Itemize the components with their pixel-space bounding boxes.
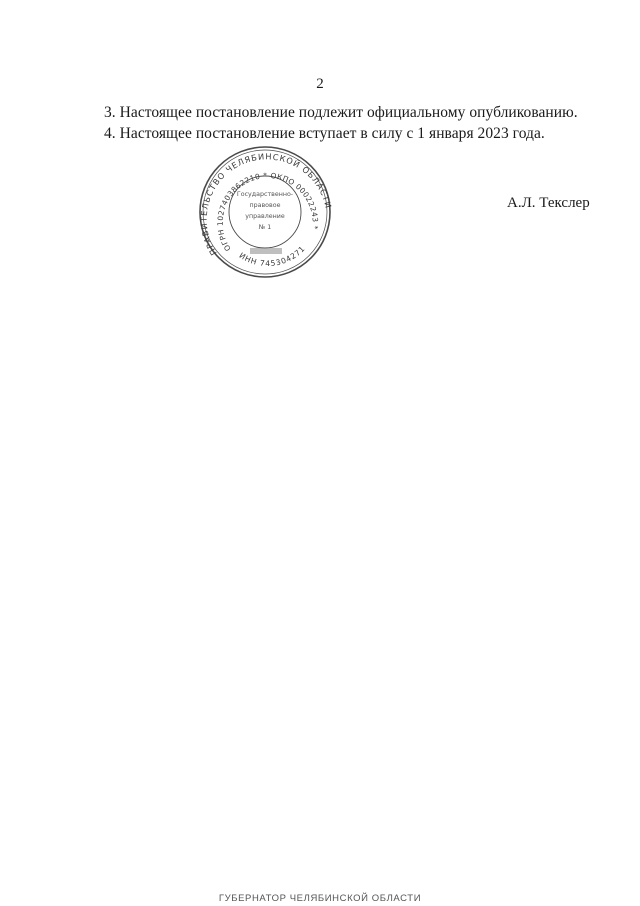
paragraph-effective-date: 4. Настоящее постановление вступает в си… (104, 125, 545, 143)
stamp-center-line-4: № 1 (258, 224, 272, 231)
stamp-ink-smudge (250, 248, 282, 254)
footer-governor-title: ГУБЕРНАТОР ЧЕЛЯБИНСКОЙ ОБЛАСТИ (0, 893, 640, 904)
page-number: 2 (0, 76, 640, 93)
stamp-center-line-3: управление (245, 213, 285, 220)
paragraph-publication: 3. Настоящее постановление подлежит офиц… (104, 104, 578, 122)
official-stamp: ПРАВИТЕЛЬСТВО ЧЕЛЯБИНСКОЙ ОБЛАСТИ ОГРН 1… (195, 145, 335, 280)
stamp-center-line-2: правовое (250, 202, 281, 209)
stamp-inner-text: ОГРН 1027403862210 * ОКПО 00022243 * (216, 171, 320, 253)
stamp-center-line-1: Государственно- (237, 191, 293, 198)
signature-name: А.Л. Текслер (507, 195, 590, 212)
